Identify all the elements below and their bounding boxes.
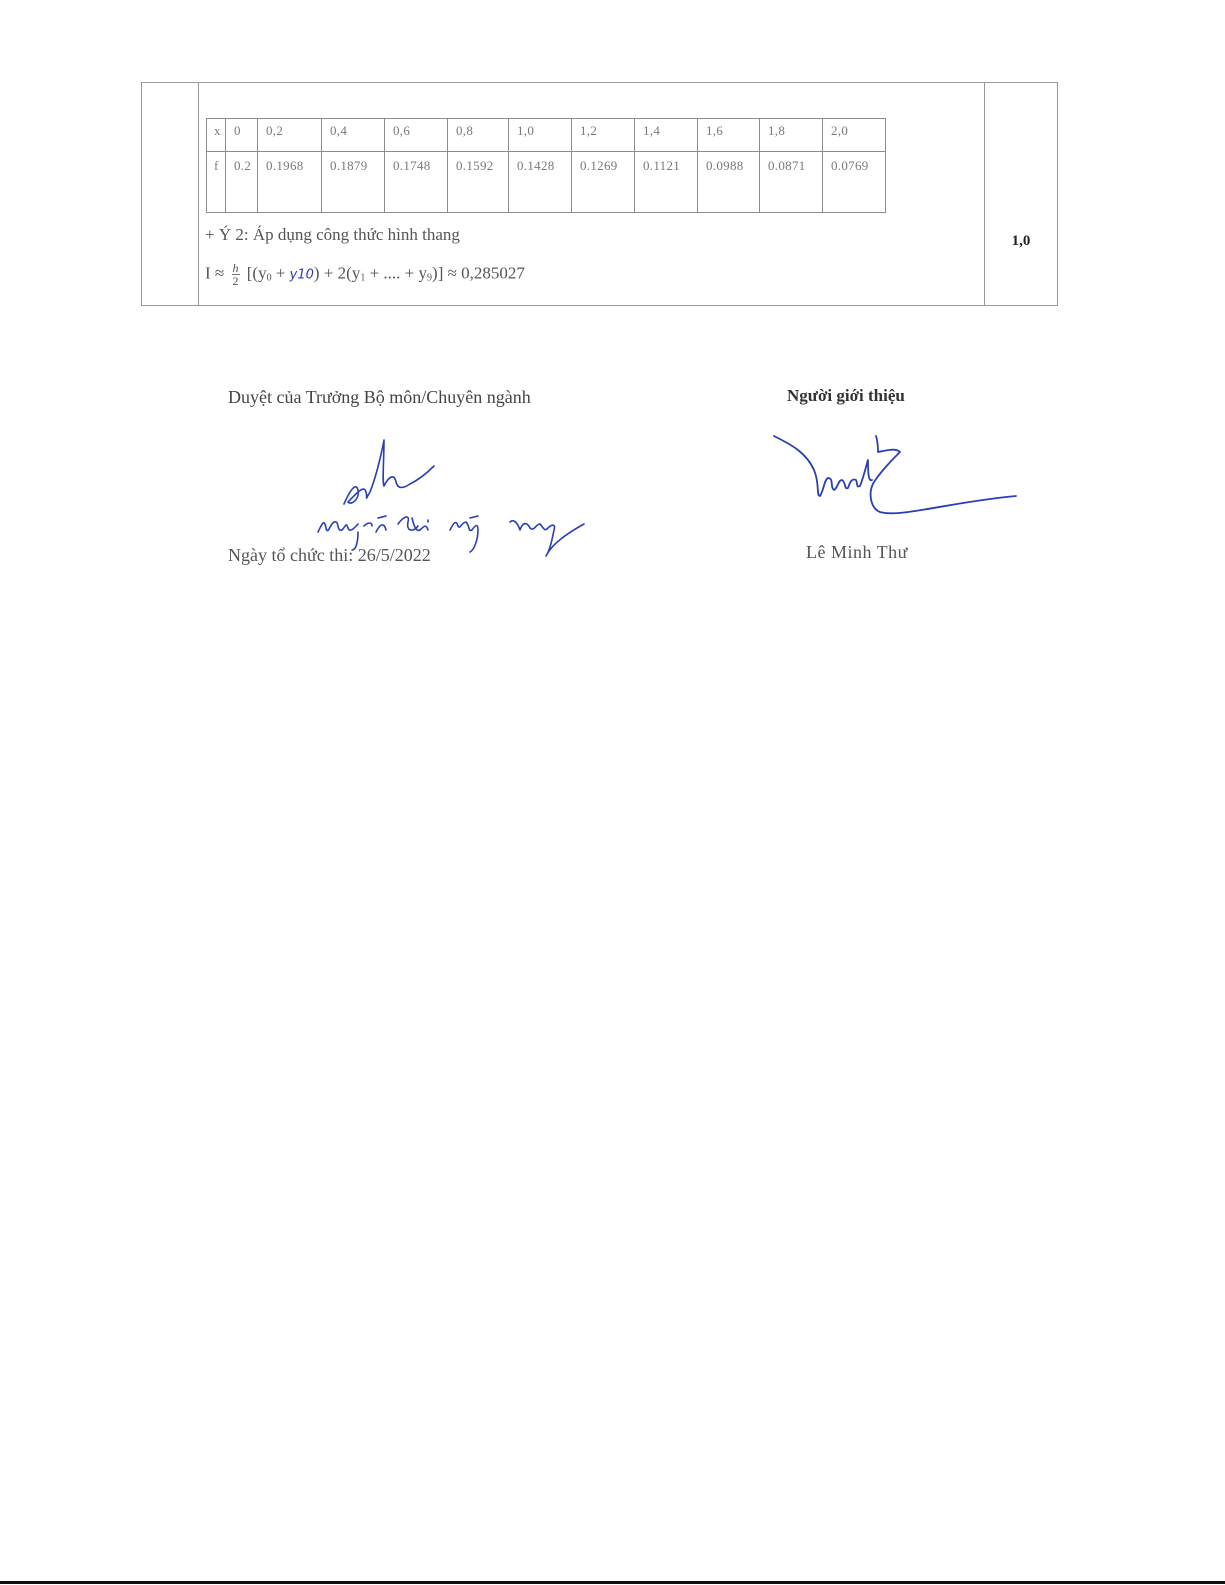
x-cell: 1,8 [760,119,823,152]
f-row: f 0.2 0.1968 0.1879 0.1748 0.1592 0.1428… [207,152,886,213]
score-value: 1,0 [985,233,1057,250]
handwritten-correction: y10 [290,267,314,282]
answer-step-text: + Ý 2: Áp dụng công thức hình thang [205,225,460,245]
x-header: x [207,119,226,152]
score-column: 1,0 [984,83,1057,305]
f-cell: 0.1121 [635,152,698,213]
x-cell: 0 [226,119,258,152]
f-cell: 0.1968 [258,152,322,213]
f-cell: 0.0988 [698,152,760,213]
x-cell: 1,2 [572,119,635,152]
h-over-2-fraction: h2 [232,262,240,287]
department-head-signature [300,432,600,562]
x-cell: 2,0 [823,119,886,152]
introducer-signature [770,430,1030,525]
x-cell: 0,6 [385,119,448,152]
trapezoid-formula: I ≈ h2 [(y0 + y10) + 2(y1 + .... + y9)] … [205,262,525,287]
f-header: f [207,152,226,213]
f-cell: 0.1428 [509,152,572,213]
x-cell: 1,4 [635,119,698,152]
exam-date: Ngày tổ chức thi: 26/5/2022 [228,545,431,566]
values-table: x 0 0,2 0,4 0,6 0,8 1,0 1,2 1,4 1,6 1,8 … [206,118,886,213]
f-cell: 0.1879 [322,152,385,213]
f-cell: 0.0871 [760,152,823,213]
f-cell: 0.2 [226,152,258,213]
x-cell: 0,8 [448,119,509,152]
f-cell: 0.1592 [448,152,509,213]
formula-lhs: I ≈ [205,263,224,282]
x-cell: 1,0 [509,119,572,152]
x-cell: 0,4 [322,119,385,152]
page-bottom-border [0,1581,1225,1584]
question-number-column [142,83,199,305]
department-head-approval-title: Duyệt của Trưởng Bộ môn/Chuyên ngành [228,387,531,408]
x-row: x 0 0,2 0,4 0,6 0,8 1,0 1,2 1,4 1,6 1,8 … [207,119,886,152]
f-cell: 0.0769 [823,152,886,213]
f-cell: 0.1748 [385,152,448,213]
f-cell: 0.1269 [572,152,635,213]
introducer-name: Lê Minh Thư [806,542,908,563]
introducer-title: Người giới thiệu [787,386,905,406]
x-cell: 1,6 [698,119,760,152]
x-cell: 0,2 [258,119,322,152]
